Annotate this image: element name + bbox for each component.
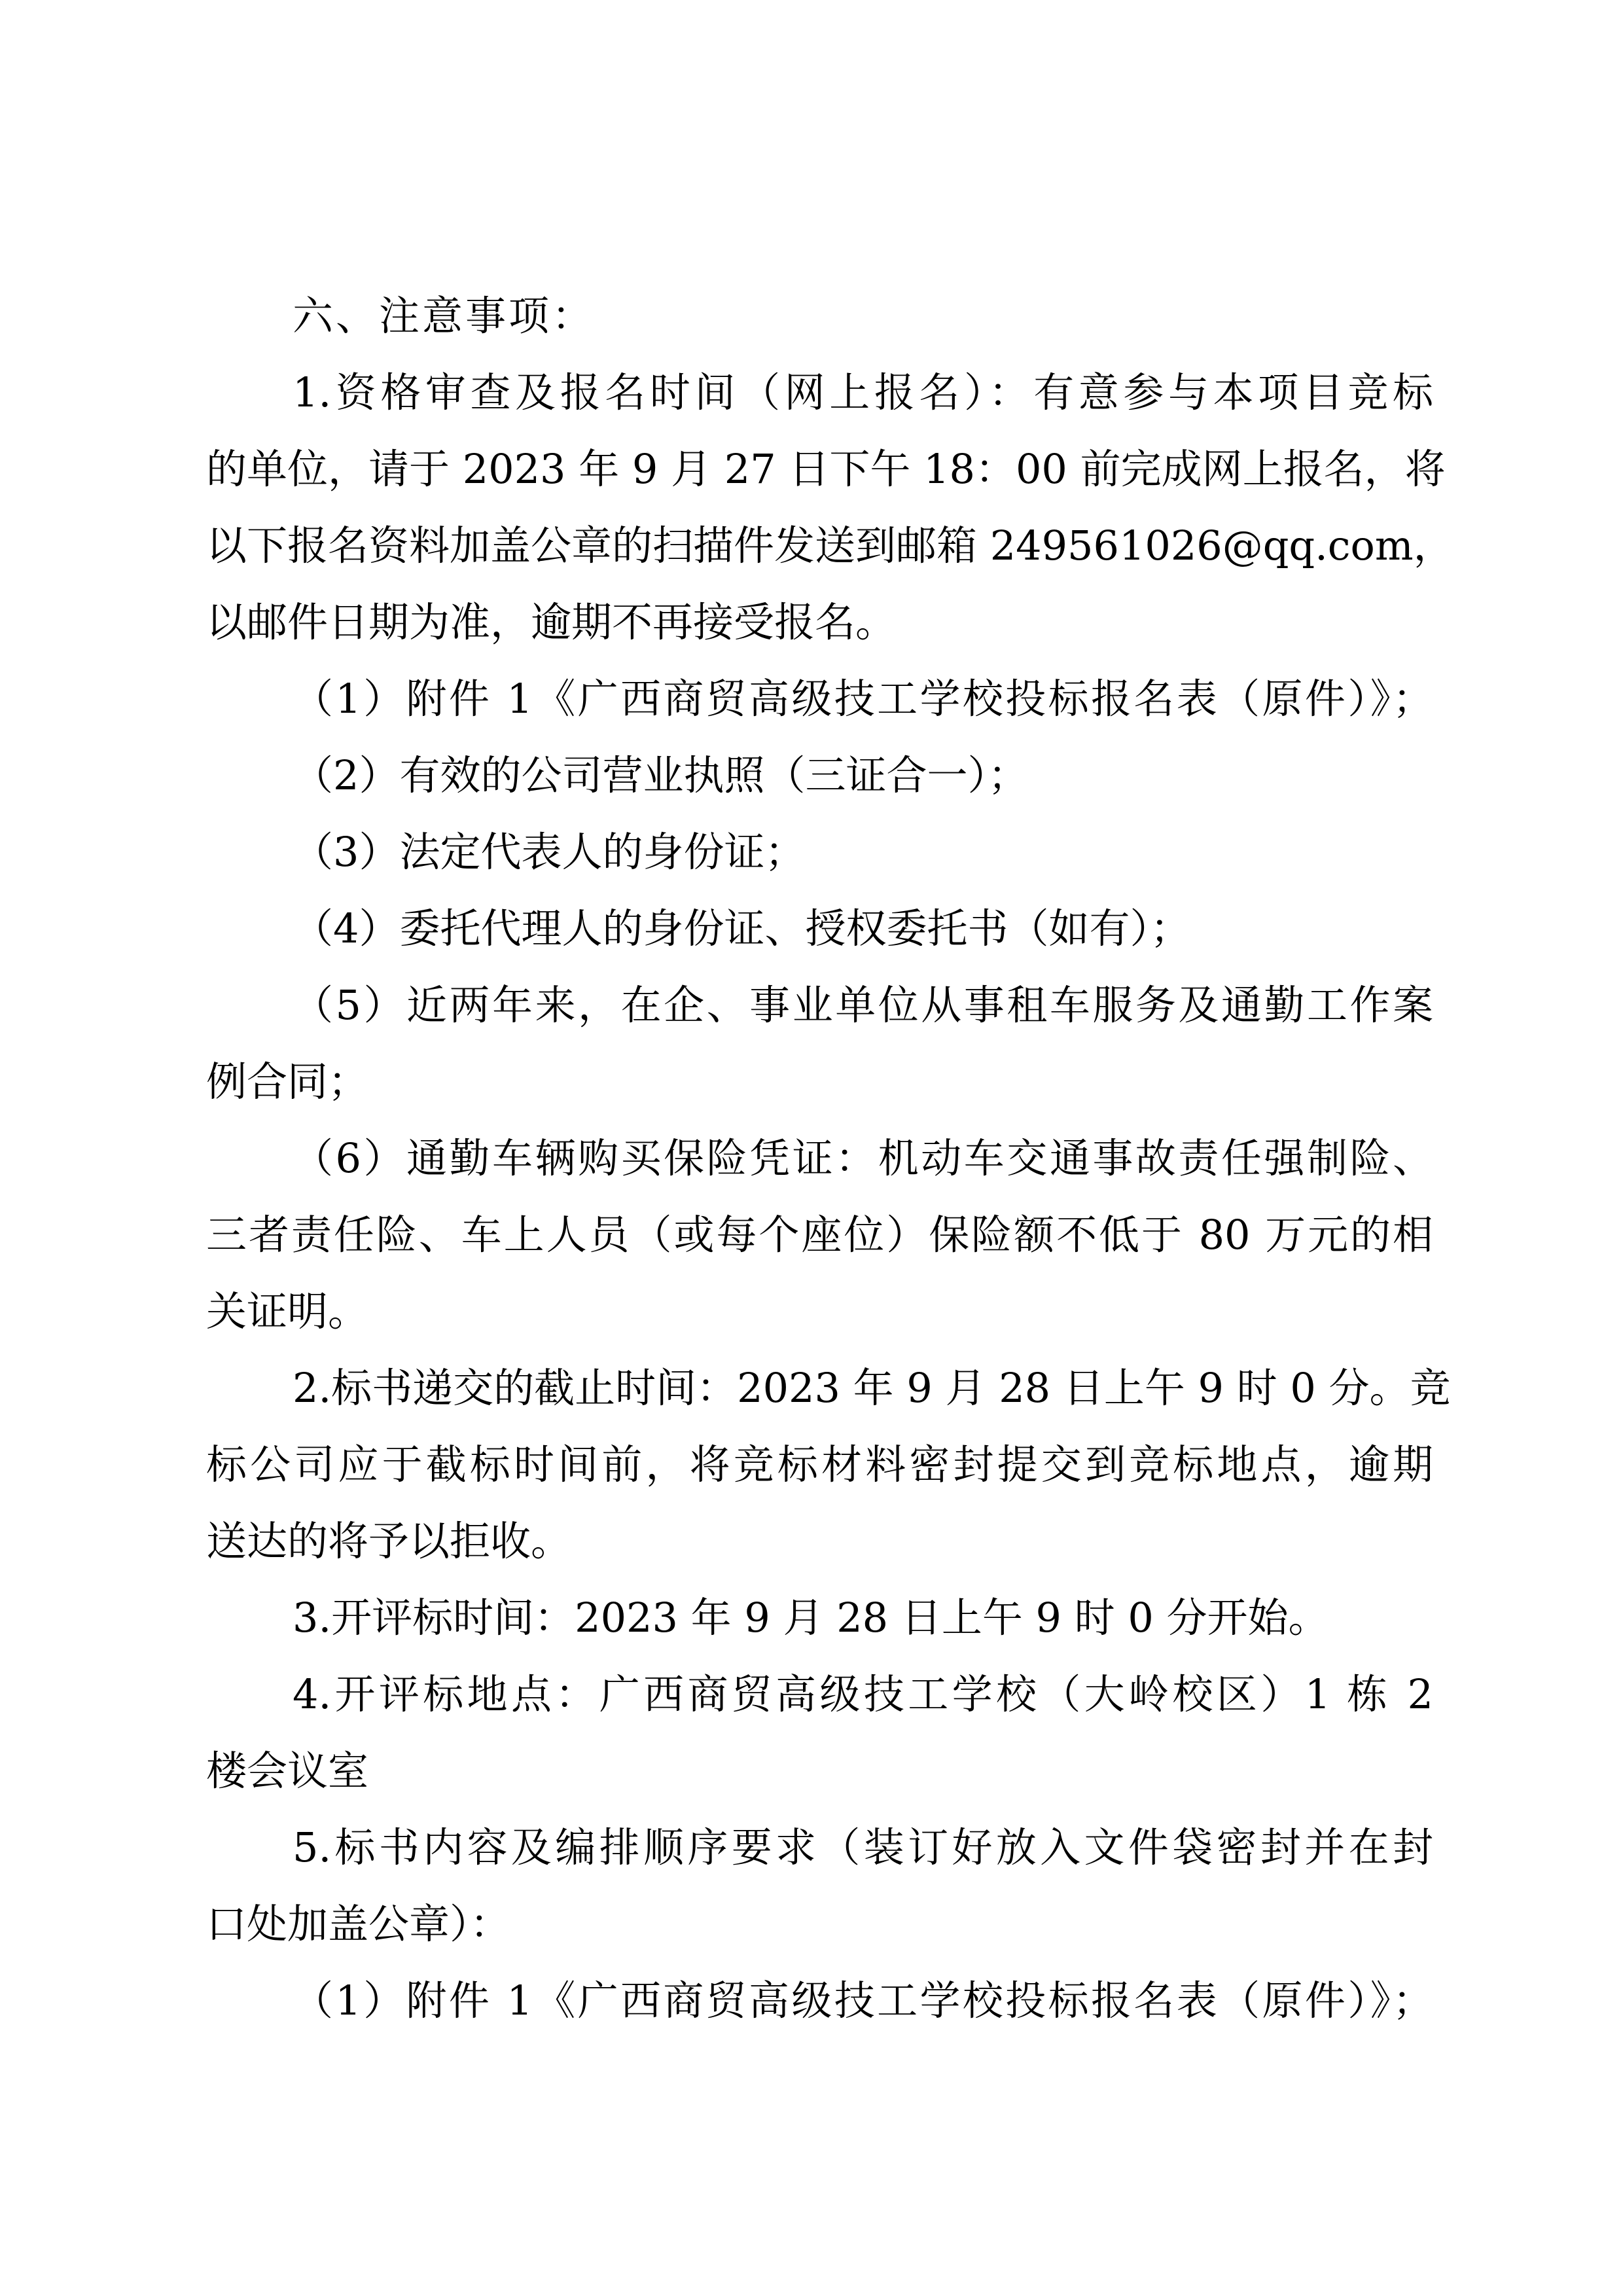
item-5-bid-content-line-2: 口处加盖公章）：	[206, 1886, 1433, 1962]
material-2-business-license: （2）有效的公司营业执照（三证合一）；	[206, 737, 1433, 814]
material-4-agent-id-authorization: （4）委托代理人的身份证、授权委托书（如有）；	[206, 890, 1433, 967]
item-1-registration-line-1: 1.资格审查及报名时间（网上报名）：有意参与本项目竞标	[206, 354, 1433, 431]
item-1-registration-line-3: 以下报名资料加盖公章的扫描件发送到邮箱 249561026@qq.com，	[206, 507, 1433, 584]
material-3-legal-rep-id: （3）法定代表人的身份证；	[206, 814, 1433, 890]
material-5-contracts-line-2: 例合同；	[206, 1043, 1433, 1120]
material-5-contracts-line-1: （5）近两年来，在企、事业单位从事租车服务及通勤工作案	[206, 967, 1433, 1043]
bid-content-1-application-form: （1）附件 1《广西商贸高级技工学校投标报名表（原件）》；	[206, 1962, 1433, 2039]
material-6-insurance-line-1: （6）通勤车辆购买保险凭证：机动车交通事故责任强制险、	[206, 1120, 1433, 1196]
item-4-opening-location-line-1: 4.开评标地点：广西商贸高级技工学校（大岭校区）1 栋 2	[206, 1656, 1433, 1732]
item-2-submission-deadline-line-2: 标公司应于截标时间前，将竞标材料密封提交到竞标地点，逾期	[206, 1426, 1433, 1503]
material-1-application-form: （1）附件 1《广西商贸高级技工学校投标报名表（原件）》；	[206, 660, 1433, 737]
item-1-registration-line-4: 以邮件日期为准，逾期不再接受报名。	[206, 584, 1433, 660]
item-2-submission-deadline-line-3: 送达的将予以拒收。	[206, 1503, 1433, 1579]
notice-body: 六、注意事项： 1.资格审查及报名时间（网上报名）：有意参与本项目竞标 的单位，…	[206, 278, 1433, 2039]
section-heading: 六、注意事项：	[206, 278, 1433, 354]
document-page: 六、注意事项： 1.资格审查及报名时间（网上报名）：有意参与本项目竞标 的单位，…	[0, 0, 1623, 2296]
material-6-insurance-line-2: 三者责任险、车上人员（或每个座位）保险额不低于 80 万元的相	[206, 1196, 1433, 1273]
item-2-submission-deadline-line-1: 2.标书递交的截止时间：2023 年 9 月 28 日上午 9 时 0 分。竞	[206, 1350, 1433, 1426]
item-1-registration-line-2: 的单位，请于 2023 年 9 月 27 日下午 18：00 前完成网上报名，将	[206, 431, 1433, 507]
material-6-insurance-line-3: 关证明。	[206, 1273, 1433, 1350]
item-4-opening-location-line-2: 楼会议室	[206, 1732, 1433, 1809]
item-5-bid-content-line-1: 5.标书内容及编排顺序要求（装订好放入文件袋密封并在封	[206, 1809, 1433, 1886]
item-3-opening-time: 3.开评标时间：2023 年 9 月 28 日上午 9 时 0 分开始。	[206, 1579, 1433, 1656]
